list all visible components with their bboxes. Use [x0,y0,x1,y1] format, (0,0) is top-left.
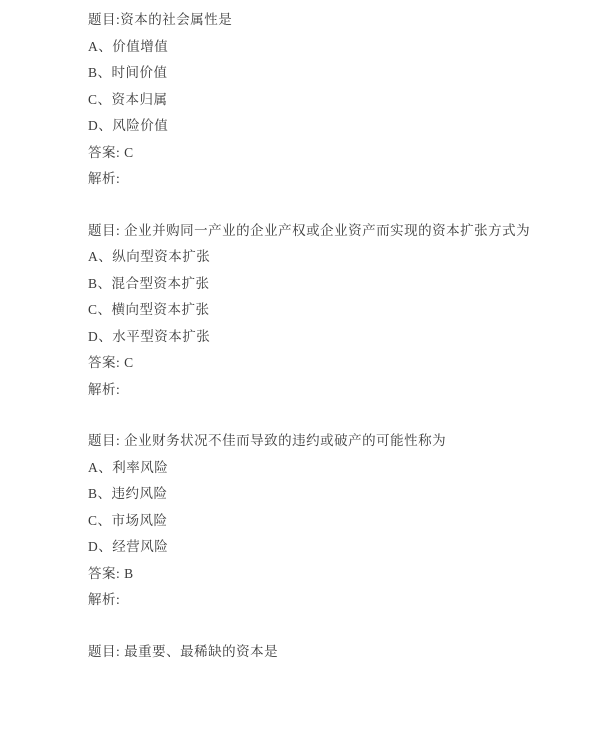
analysis-line: 解析: [88,377,562,404]
option-d: D、经营风险 [88,534,562,561]
question-block: 题目: 企业并购同一产业的企业产权或企业资产而实现的资本扩张方式为 A、纵向型资… [88,218,562,404]
question-block: 题目:资本的社会属性是 A、价值增值 B、时间价值 C、资本归属 D、风险价值 … [88,7,562,193]
document-page: 题目:资本的社会属性是 A、价值增值 B、时间价值 C、资本归属 D、风险价值 … [0,0,612,732]
analysis-line: 解析: [88,166,562,193]
option-d: D、水平型资本扩张 [88,324,562,351]
answer-line: 答案: B [88,561,562,588]
option-d: D、风险价值 [88,113,562,140]
option-b: B、时间价值 [88,60,562,87]
option-c: C、横向型资本扩张 [88,297,562,324]
question-block: 题目: 企业财务状况不佳而导致的违约或破产的可能性称为 A、利率风险 B、违约风… [88,428,562,614]
question-title: 题目: 企业财务状况不佳而导致的违约或破产的可能性称为 [88,428,562,455]
analysis-line: 解析: [88,587,562,614]
answer-line: 答案: C [88,350,562,377]
answer-line: 答案: C [88,140,562,167]
question-title: 题目:资本的社会属性是 [88,7,562,34]
option-c: C、市场风险 [88,508,562,535]
question-title: 题目: 企业并购同一产业的企业产权或企业资产而实现的资本扩张方式为 [88,218,562,245]
option-a: A、价值增值 [88,34,562,61]
option-c: C、资本归属 [88,87,562,114]
question-block: 题目: 最重要、最稀缺的资本是 [88,639,562,666]
question-title: 题目: 最重要、最稀缺的资本是 [88,639,562,666]
option-b: B、混合型资本扩张 [88,271,562,298]
option-a: A、纵向型资本扩张 [88,244,562,271]
option-b: B、违约风险 [88,481,562,508]
option-a: A、利率风险 [88,455,562,482]
